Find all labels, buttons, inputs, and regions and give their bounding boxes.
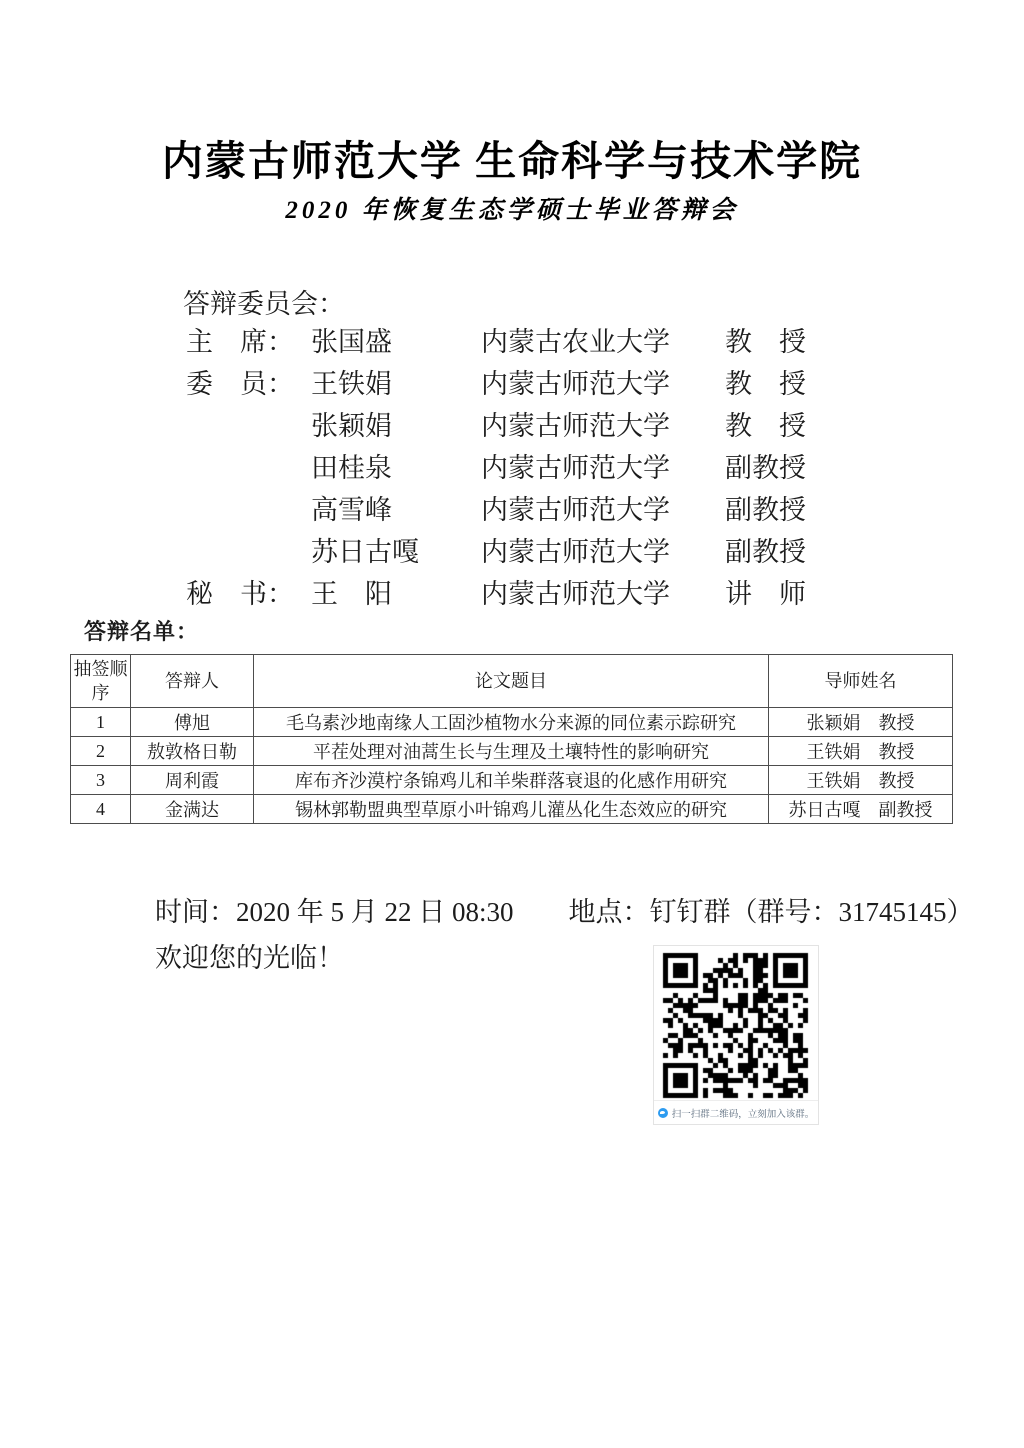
committee-member-name: 田桂泉 [311,447,481,489]
committee-row: 苏日古嘎 内蒙古师范大学 副教授 [186,531,866,573]
committee-member-name: 王铁娟 [311,363,481,405]
roster-heading: 答辩名单： [84,615,199,646]
page-subtitle: 2020 年恢复生态学硕士毕业答辩会 [0,190,1024,226]
cell-defender: 周利霞 [131,766,254,795]
committee-rank: 教 授 [725,363,866,405]
committee-affiliation: 内蒙古师范大学 [481,531,725,573]
committee-rank: 副教授 [725,489,866,531]
committee-rank: 副教授 [725,531,866,573]
cell-draw-order: 3 [71,766,131,795]
committee-member-name: 王 阳 [311,573,481,615]
column-header-draw-order: 抽签顺序 [71,655,131,708]
committee-rank: 讲 师 [725,573,866,615]
dingtalk-icon [658,1108,668,1118]
cell-defender: 傅旭 [131,708,254,737]
cell-thesis: 库布齐沙漠柠条锦鸡儿和羊柴群落衰退的化感作用研究 [254,766,769,795]
cell-mentor: 张颖娟 教授 [769,708,953,737]
time-location-line: 时间：2020 年 5 月 22 日 08:30地点：钉钉群（群号：317451… [155,890,974,929]
roster-table: 抽签顺序 答辩人 论文题目 导师姓名 1 傅旭 毛乌素沙地南缘人工固沙植物水分来… [70,654,953,824]
qr-caption: 扫一扫群二维码，立刻加入该群。 [654,1100,818,1124]
page-title: 内蒙古师范大学 生命科学与技术学院 [0,128,1024,187]
committee-member-name: 张国盛 [311,321,481,363]
committee-role [186,405,311,447]
qr-panel: 扫一扫群二维码，立刻加入该群。 [653,945,819,1125]
committee-rank: 教 授 [725,321,866,363]
welcome-text: 欢迎您的光临！ [155,936,344,975]
committee-role: 委 员： [186,363,311,405]
committee-affiliation: 内蒙古师范大学 [481,447,725,489]
cell-defender: 金满达 [131,795,254,824]
committee-affiliation: 内蒙古师范大学 [481,363,725,405]
cell-defender: 敖敦格日勒 [131,737,254,766]
table-row: 1 傅旭 毛乌素沙地南缘人工固沙植物水分来源的同位素示踪研究 张颖娟 教授 [71,708,953,737]
committee-rank: 副教授 [725,447,866,489]
committee-row: 秘 书： 王 阳 内蒙古师范大学 讲 师 [186,573,866,615]
committee-role [186,447,311,489]
committee-affiliation: 内蒙古师范大学 [481,489,725,531]
committee-member-name: 张颖娟 [311,405,481,447]
committee-member-name: 苏日古嘎 [311,531,481,573]
cell-draw-order: 4 [71,795,131,824]
table-row: 4 金满达 锡林郭勒盟典型草原小叶锦鸡儿灌丛化生态效应的研究 苏日古嘎 副教授 [71,795,953,824]
cell-mentor: 王铁娟 教授 [769,737,953,766]
committee-row: 主 席： 张国盛 内蒙古农业大学 教 授 [186,321,866,363]
committee-affiliation: 内蒙古师范大学 [481,405,725,447]
table-row: 2 敖敦格日勒 平茬处理对油蒿生长与生理及土壤特性的影响研究 王铁娟 教授 [71,737,953,766]
qr-caption-text: 扫一扫群二维码，立刻加入该群。 [672,1106,815,1120]
cell-mentor: 苏日古嘎 副教授 [769,795,953,824]
cell-draw-order: 2 [71,737,131,766]
committee-list: 主 席： 张国盛 内蒙古农业大学 教 授 委 员： 王铁娟 内蒙古师范大学 教 … [186,321,866,615]
committee-rank: 教 授 [725,405,866,447]
column-header-mentor: 导师姓名 [769,655,953,708]
committee-role: 秘 书： [186,573,311,615]
committee-role [186,531,311,573]
committee-row: 张颖娟 内蒙古师范大学 教 授 [186,405,866,447]
committee-member-name: 高雪峰 [311,489,481,531]
cell-thesis: 锡林郭勒盟典型草原小叶锦鸡儿灌丛化生态效应的研究 [254,795,769,824]
announcement-document: 内蒙古师范大学 生命科学与技术学院 2020 年恢复生态学硕士毕业答辩会 答辩委… [0,0,1024,1448]
committee-row: 高雪峰 内蒙古师范大学 副教授 [186,489,866,531]
cell-thesis: 平茬处理对油蒿生长与生理及土壤特性的影响研究 [254,737,769,766]
time-text: 时间：2020 年 5 月 22 日 08:30 [155,897,514,927]
column-header-thesis: 论文题目 [254,655,769,708]
column-header-defender: 答辩人 [131,655,254,708]
roster-header-row: 抽签顺序 答辩人 论文题目 导师姓名 [71,655,953,708]
qr-code [661,951,811,1101]
committee-row: 田桂泉 内蒙古师范大学 副教授 [186,447,866,489]
committee-heading: 答辩委员会： [183,282,345,321]
committee-role [186,489,311,531]
cell-mentor: 王铁娟 教授 [769,766,953,795]
location-text: 地点：钉钉群（群号：31745145） [569,897,974,927]
cell-draw-order: 1 [71,708,131,737]
cell-thesis: 毛乌素沙地南缘人工固沙植物水分来源的同位素示踪研究 [254,708,769,737]
committee-affiliation: 内蒙古师范大学 [481,573,725,615]
table-row: 3 周利霞 库布齐沙漠柠条锦鸡儿和羊柴群落衰退的化感作用研究 王铁娟 教授 [71,766,953,795]
committee-affiliation: 内蒙古农业大学 [481,321,725,363]
committee-role: 主 席： [186,321,311,363]
committee-row: 委 员： 王铁娟 内蒙古师范大学 教 授 [186,363,866,405]
